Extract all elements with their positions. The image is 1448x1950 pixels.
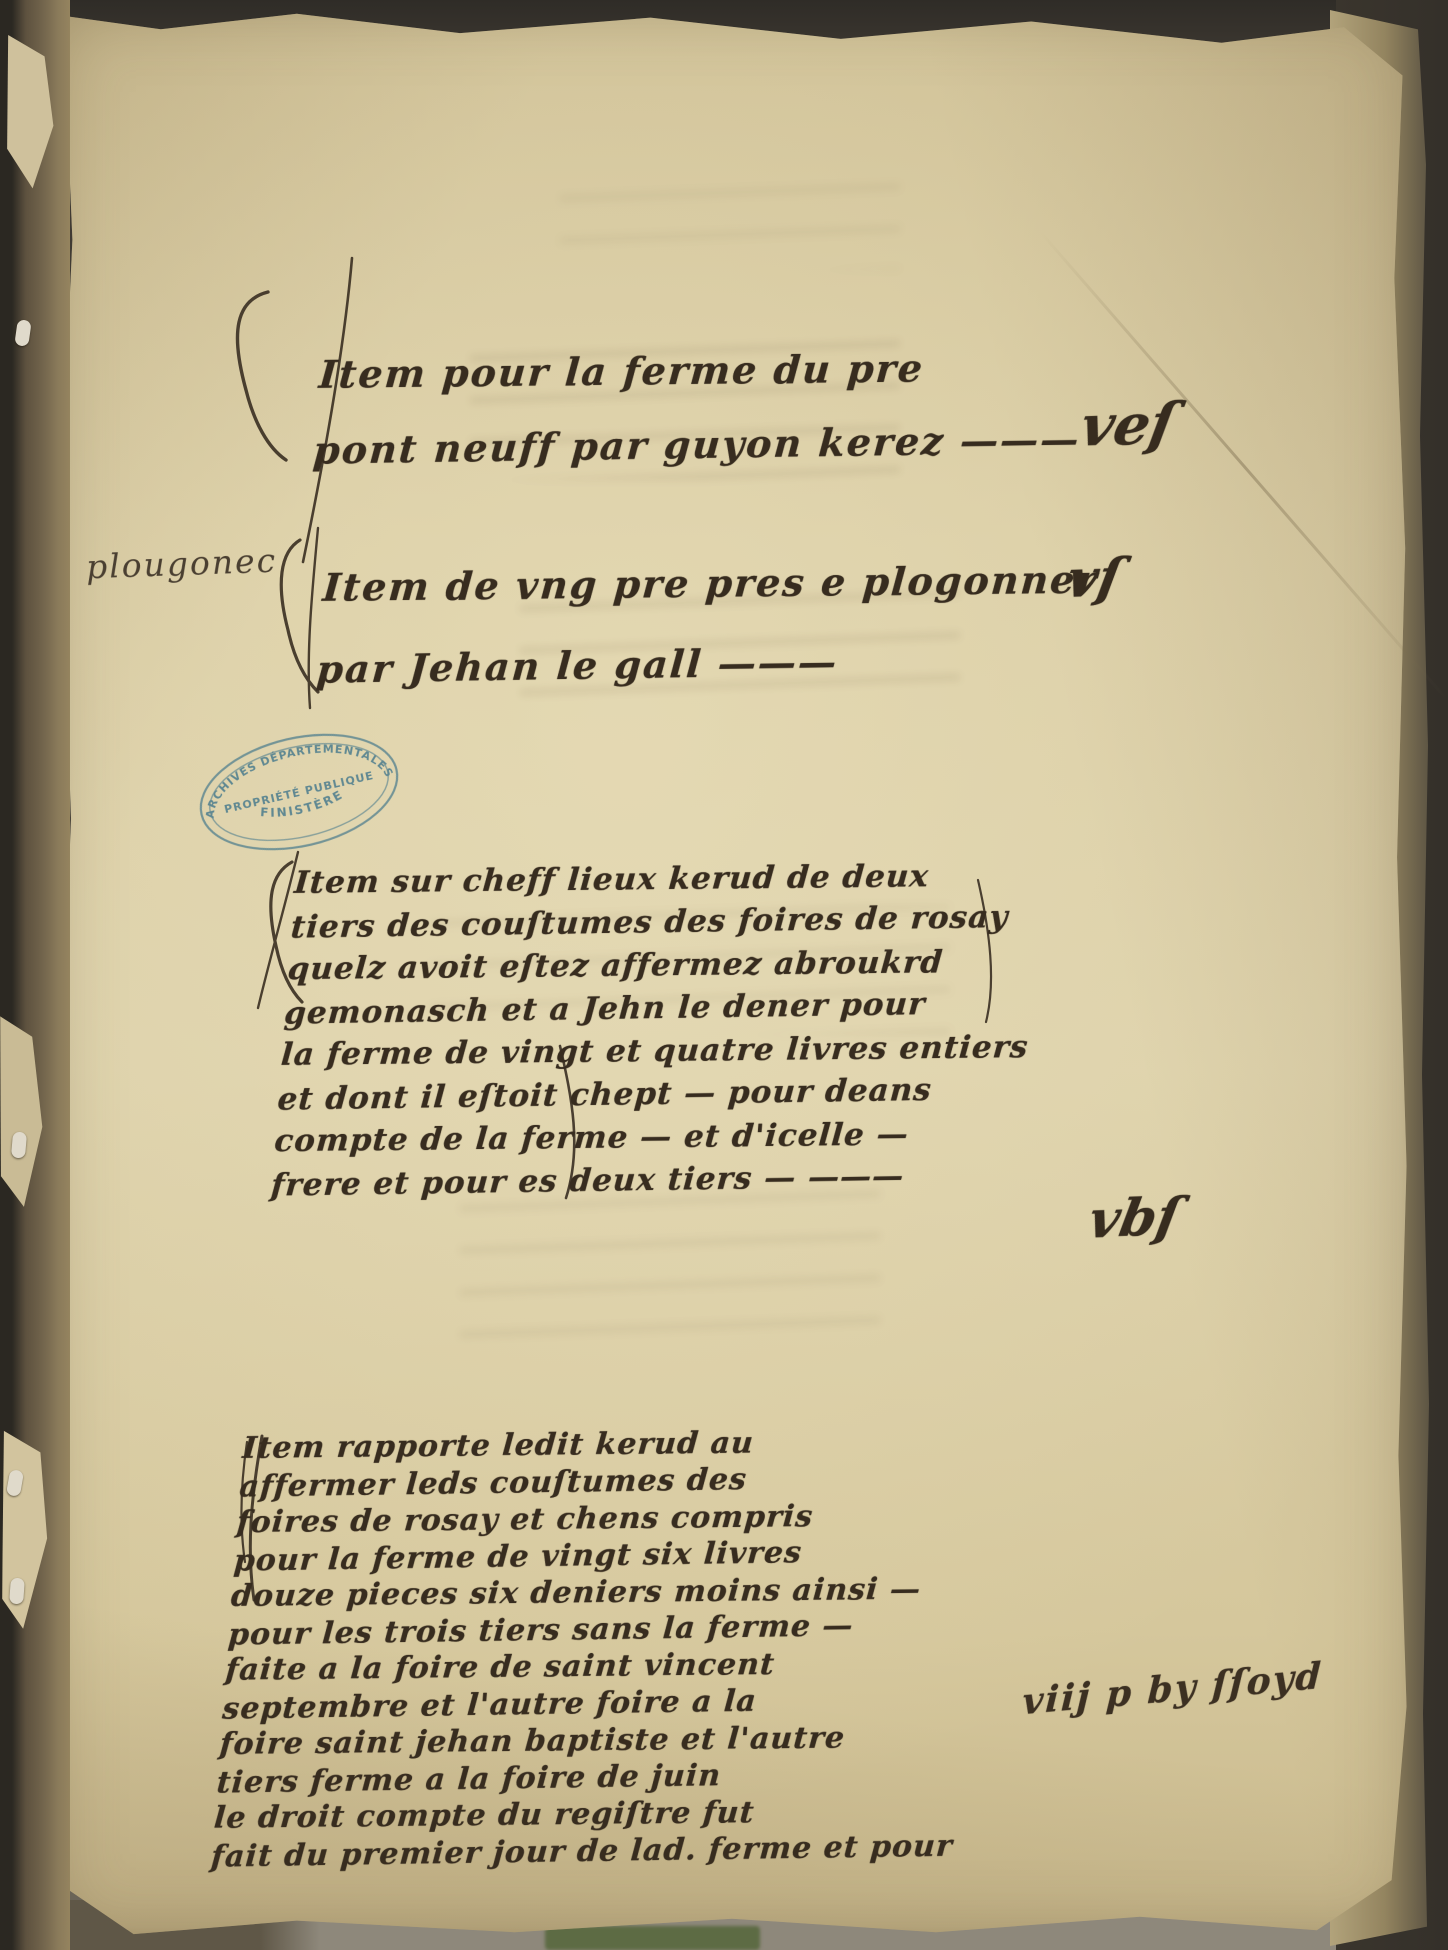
manuscript-photo: plougonec Item pour la ferme du pre pont…: [0, 0, 1448, 1950]
entry-3: Item sur cheff lieux kerud de deux tiers…: [270, 854, 1044, 1206]
entry-4: Item rapporte ledit kerud au affermer le…: [210, 1422, 986, 1874]
book-binding: [0, 0, 70, 1950]
entry-1: Item pour la ferme du pre pont neuff par…: [311, 330, 1089, 486]
handwritten-line: Item pour la ferme du pre: [316, 330, 1088, 412]
entry-2: Item de vng pre pres e plogonner par Jeh…: [314, 540, 1102, 708]
handwritten-line: par Jehan le gall ———: [314, 618, 1096, 709]
ink-bleedthrough: [460, 1190, 880, 1340]
binding-stitch: [9, 1578, 25, 1605]
margin-place-note: plougonec: [85, 541, 277, 587]
ink-bleedthrough: [560, 180, 900, 270]
amount-notation: veſ: [1076, 390, 1181, 459]
handwritten-line: pont neuff par guyon kerez ———: [311, 402, 1083, 487]
amount-notation: vſ: [1062, 547, 1126, 610]
handwritten-line: Item de vng pre pres e plogonner: [320, 540, 1102, 628]
amount-notation: vbſ: [1084, 1186, 1184, 1250]
table-green-strip: [545, 1926, 760, 1950]
